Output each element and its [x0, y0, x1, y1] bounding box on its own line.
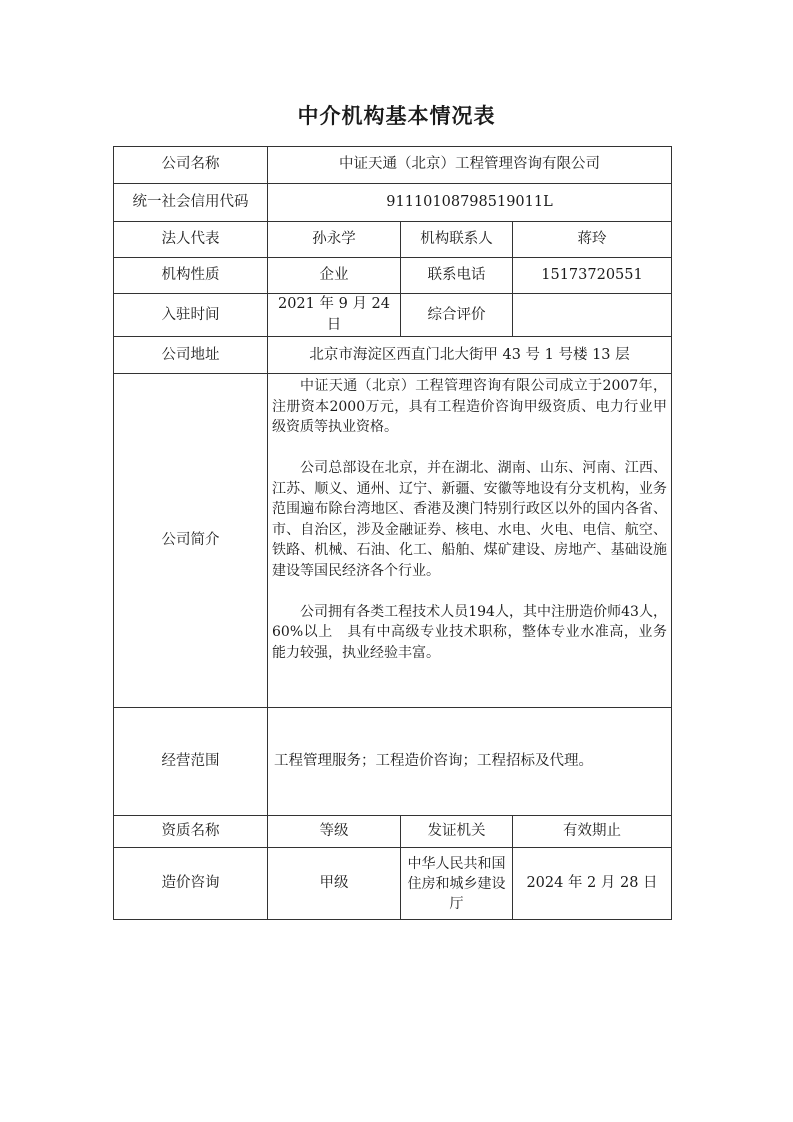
- credit-code-label: 统一社会信用代码: [114, 184, 268, 222]
- row-nature: 机构性质 企业 联系电话 15173720551: [114, 258, 672, 294]
- qual-expiry: 2024 年 2 月 28 日: [513, 848, 672, 920]
- nature-label: 机构性质: [114, 258, 268, 294]
- nature-value: 企业: [268, 258, 401, 294]
- credit-code-value: 91110108798519011L: [268, 184, 672, 222]
- intro-paragraph: 公司拥有各类工程技术人员194人，其中注册造价师43人，60%以上 具有中高级专…: [272, 602, 667, 664]
- contact-person-value: 蒋玲: [513, 222, 672, 258]
- address-label: 公司地址: [114, 337, 268, 374]
- entry-time-label: 入驻时间: [114, 294, 268, 337]
- address-value: 北京市海淀区西直门北大街甲 43 号 1 号楼 13 层: [268, 337, 672, 374]
- agency-info-table: 公司名称 中证天通（北京）工程管理咨询有限公司 统一社会信用代码 9111010…: [113, 146, 672, 920]
- qual-name: 造价咨询: [114, 848, 268, 920]
- page-title: 中介机构基本情况表: [0, 100, 793, 130]
- company-name-label: 公司名称: [114, 147, 268, 184]
- phone-value: 15173720551: [513, 258, 672, 294]
- header-expiry: 有效期止: [513, 816, 672, 848]
- scope-label: 经营范围: [114, 708, 268, 816]
- rating-value: [513, 294, 672, 337]
- row-intro: 公司简介 中证天通（北京）工程管理咨询有限公司成立于2007年，注册资本2000…: [114, 374, 672, 708]
- qual-issuer: 中华人民共和国住房和城乡建设厅: [401, 848, 513, 920]
- header-level: 等级: [268, 816, 401, 848]
- row-credit-code: 统一社会信用代码 91110108798519011L: [114, 184, 672, 222]
- scope-value: 工程管理服务；工程造价咨询；工程招标及代理。: [268, 708, 672, 816]
- header-qual-name: 资质名称: [114, 816, 268, 848]
- intro-paragraph: 中证天通（北京）工程管理咨询有限公司成立于2007年，注册资本2000万元，具有…: [272, 376, 667, 438]
- phone-label: 联系电话: [401, 258, 513, 294]
- qualification-row: 造价咨询 甲级 中华人民共和国住房和城乡建设厅 2024 年 2 月 28 日: [114, 848, 672, 920]
- rating-label: 综合评价: [401, 294, 513, 337]
- legal-rep-value: 孙永学: [268, 222, 401, 258]
- row-scope: 经营范围 工程管理服务；工程造价咨询；工程招标及代理。: [114, 708, 672, 816]
- row-entry-time: 入驻时间 2021 年 9 月 24 日 综合评价: [114, 294, 672, 337]
- row-legal-rep: 法人代表 孙永学 机构联系人 蒋玲: [114, 222, 672, 258]
- entry-time-value: 2021 年 9 月 24 日: [268, 294, 401, 337]
- qualification-header-row: 资质名称 等级 发证机关 有效期止: [114, 816, 672, 848]
- legal-rep-label: 法人代表: [114, 222, 268, 258]
- contact-person-label: 机构联系人: [401, 222, 513, 258]
- intro-paragraph: 公司总部设在北京，并在湖北、湖南、山东、河南、江西、江苏、顺义、通州、辽宁、新疆…: [272, 458, 667, 581]
- intro-label: 公司简介: [114, 374, 268, 708]
- qual-level: 甲级: [268, 848, 401, 920]
- intro-value: 中证天通（北京）工程管理咨询有限公司成立于2007年，注册资本2000万元，具有…: [268, 374, 672, 708]
- row-company-name: 公司名称 中证天通（北京）工程管理咨询有限公司: [114, 147, 672, 184]
- row-address: 公司地址 北京市海淀区西直门北大街甲 43 号 1 号楼 13 层: [114, 337, 672, 374]
- header-issuer: 发证机关: [401, 816, 513, 848]
- company-name-value: 中证天通（北京）工程管理咨询有限公司: [268, 147, 672, 184]
